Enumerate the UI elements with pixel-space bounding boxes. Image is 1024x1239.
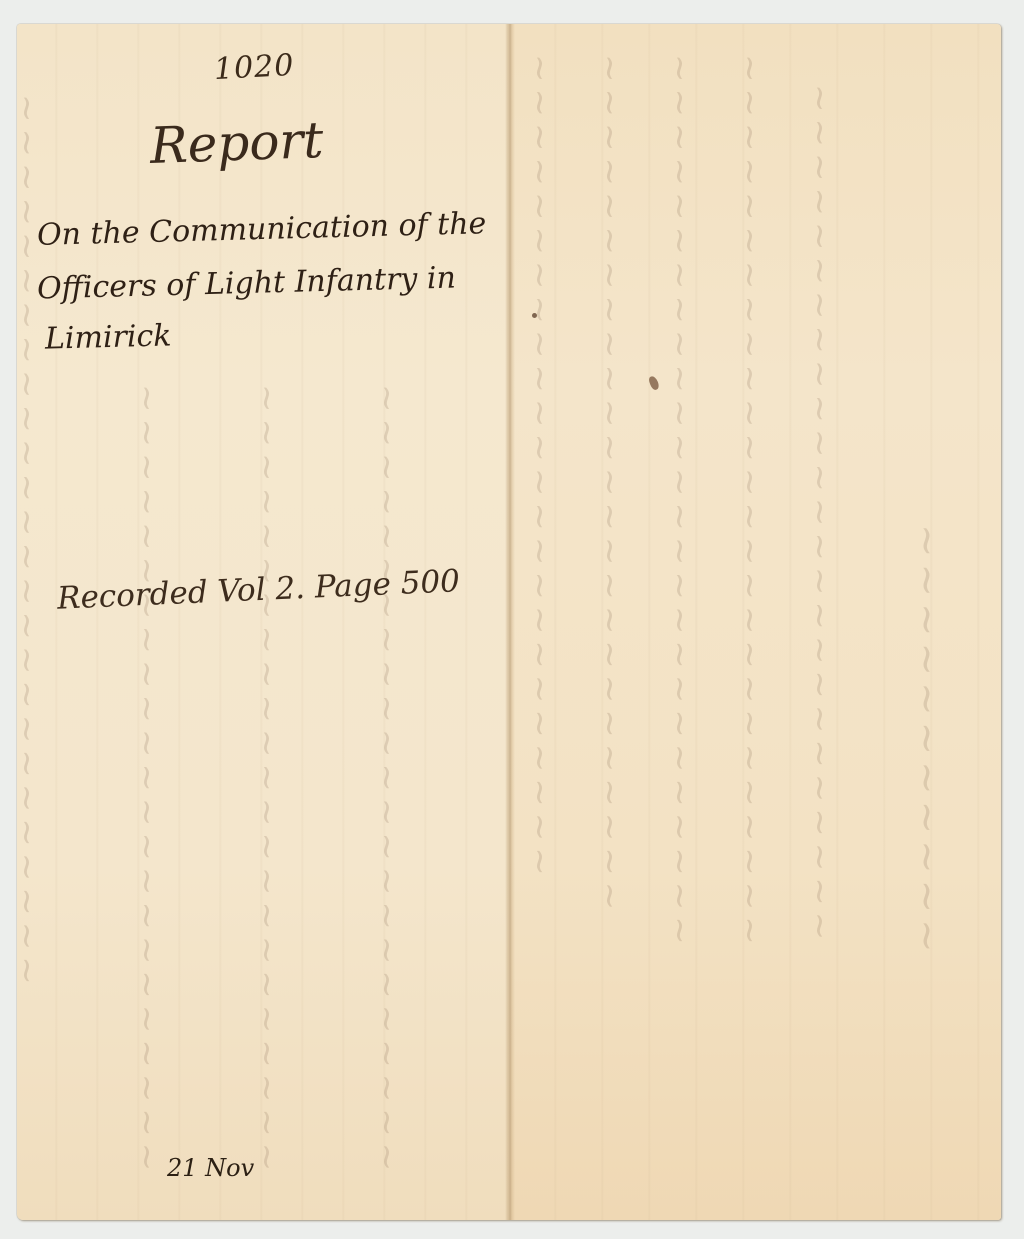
right-page: ~~~~~~~~~~~~~~~~~~~~~~~~ ~~~~~~~~~~~~~~~… <box>510 24 1001 1220</box>
ink-spot <box>532 313 537 318</box>
bleed-through-mark: ~~~~~~~~~~~~~~~~~~~~~~~~~~ <box>660 54 700 951</box>
bleed-through-mark: ~~~~~~~~~~~~~~~~~~~~~~~ <box>247 384 287 1177</box>
bleed-through-mark: ~~~~~~~~~~~~~~~~~~~~~~~~~~ <box>730 54 770 951</box>
subject-line-3: Limirick <box>45 318 172 356</box>
left-page: ~~~~~~~~~~~~~~~~~~~~~~~~~~ ~~~~~~~~~~~~~… <box>17 24 510 1220</box>
bleed-through-mark: ~~~~~~~~~~~~~~~~~~~~~~~~~ <box>800 84 840 946</box>
subject-line-1: On the Communication of the <box>37 206 487 253</box>
center-fold-crease <box>505 24 515 1220</box>
bleed-through-mark: ~~~~~~~~~~~ <box>904 524 950 959</box>
folded-manuscript-sheet: ~~~~~~~~~~~~~~~~~~~~~~~~~~ ~~~~~~~~~~~~~… <box>17 24 1001 1220</box>
document-title: Report <box>149 111 324 175</box>
bleed-through-mark: ~~~~~~~~~~~~~~~~~~~~~~~ <box>127 384 167 1177</box>
bleed-through-mark: ~~~~~~~~~~~~~~~~~~~~~~~~~ <box>590 54 630 916</box>
date-note: 21 Nov <box>167 1154 254 1182</box>
bleed-through-mark: ~~~~~~~~~~~~~~~~~~~~~~~~ <box>520 54 560 882</box>
reference-number: 1020 <box>213 48 295 87</box>
bleed-through-mark: ~~~~~~~~~~~~~~~~~~~~~~~ <box>367 384 407 1177</box>
subject-line-2: Officers of Light Infantry in <box>37 261 457 307</box>
scan-canvas: ~~~~~~~~~~~~~~~~~~~~~~~~~~ ~~~~~~~~~~~~~… <box>0 0 1024 1239</box>
